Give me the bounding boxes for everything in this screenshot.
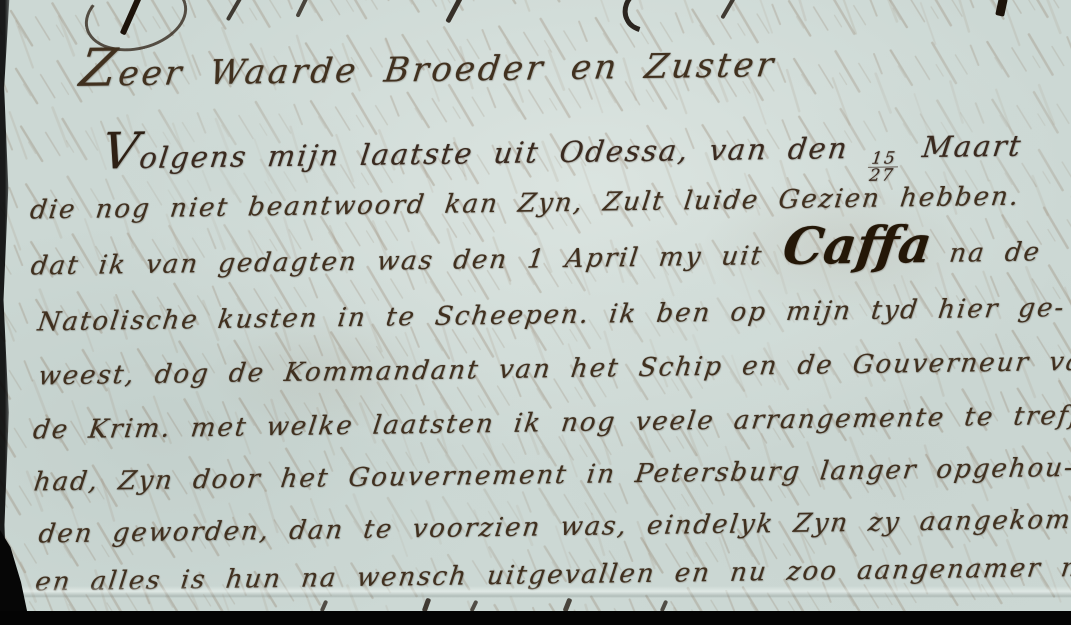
letter-page: Zeer Waarde Broeder en Zuster Volgens mi… — [0, 0, 1071, 625]
handwriting-layer: Zeer Waarde Broeder en Zuster Volgens mi… — [0, 0, 1071, 625]
body-line-8: den geworden, dan te voorzien was, einde… — [37, 504, 1071, 549]
line-text: na de — [928, 237, 1043, 269]
body-line-7: had, Zyn door het Gouvernement in Peters… — [32, 453, 1071, 498]
body-line-3: dat ik van gedagten was den 1 April my u… — [29, 237, 1043, 281]
salutation-line: Zeer Waarde Broeder en Zuster — [76, 29, 780, 99]
line-text: Maart — [900, 129, 1024, 165]
caffa-emphasis: Caffa — [780, 214, 936, 276]
body-line-5: weest, dog de Kommandant van het Schip e… — [37, 347, 1071, 392]
date-fraction-denominator: 27 — [868, 167, 895, 183]
date-fraction: 1527 — [866, 150, 900, 183]
line-text: Volgens mijn laatste uit Odessa, van den — [99, 131, 871, 176]
line-text: dat ik van gedagten was den 1 April my u… — [29, 241, 784, 282]
paper-crease — [0, 586, 1071, 598]
body-line-6: de Krim. met welke laatsten ik nog veele… — [31, 400, 1071, 445]
body-line-1: Volgens mijn laatste uit Odessa, van den… — [97, 110, 1027, 195]
scan-edge-bottom — [0, 611, 1071, 625]
body-line-4: Natolische kusten in te Scheepen. ik ben… — [36, 293, 1067, 337]
